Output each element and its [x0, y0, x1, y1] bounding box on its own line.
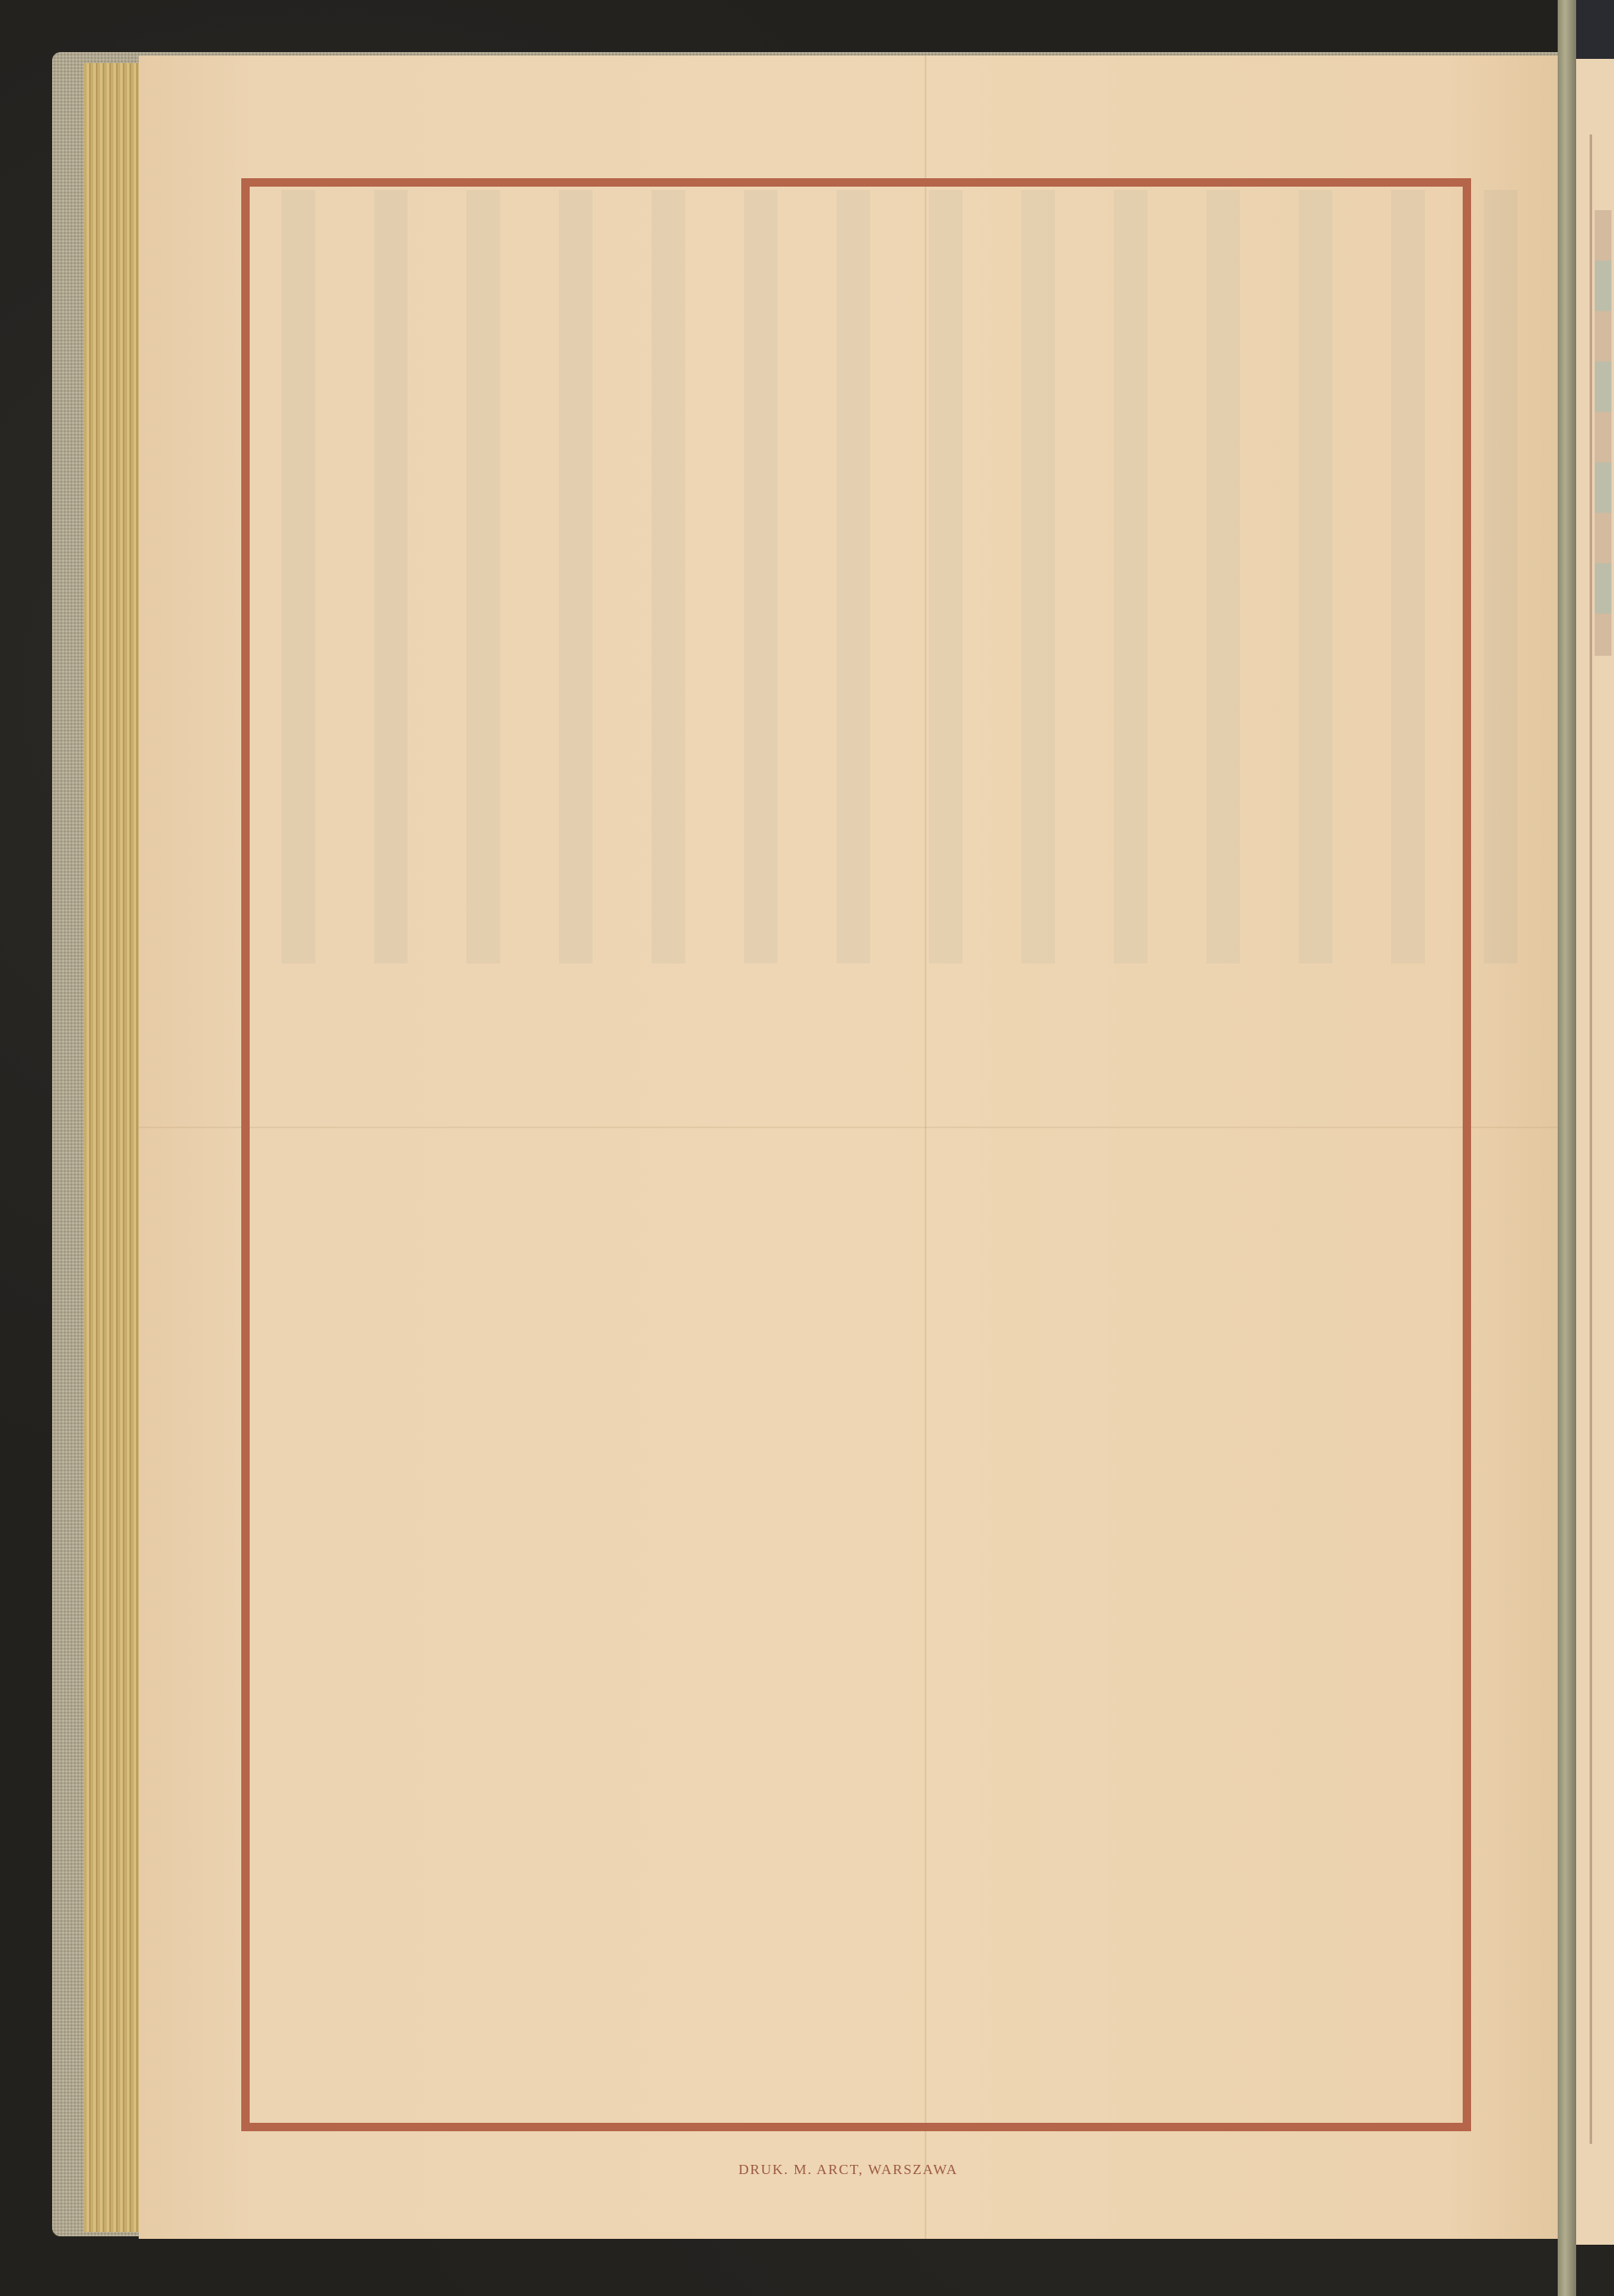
book-gutter	[1558, 0, 1576, 2296]
facing-page-ornament	[1595, 210, 1611, 656]
facing-page-edge	[1576, 59, 1614, 2245]
printer-imprint: DRUK. M. ARCT, WARSZAWA	[139, 2161, 1558, 2178]
page-edges	[84, 63, 140, 2232]
book-page: DRUK. M. ARCT, WARSZAWA	[139, 55, 1558, 2239]
decorative-border-frame	[241, 178, 1471, 2131]
